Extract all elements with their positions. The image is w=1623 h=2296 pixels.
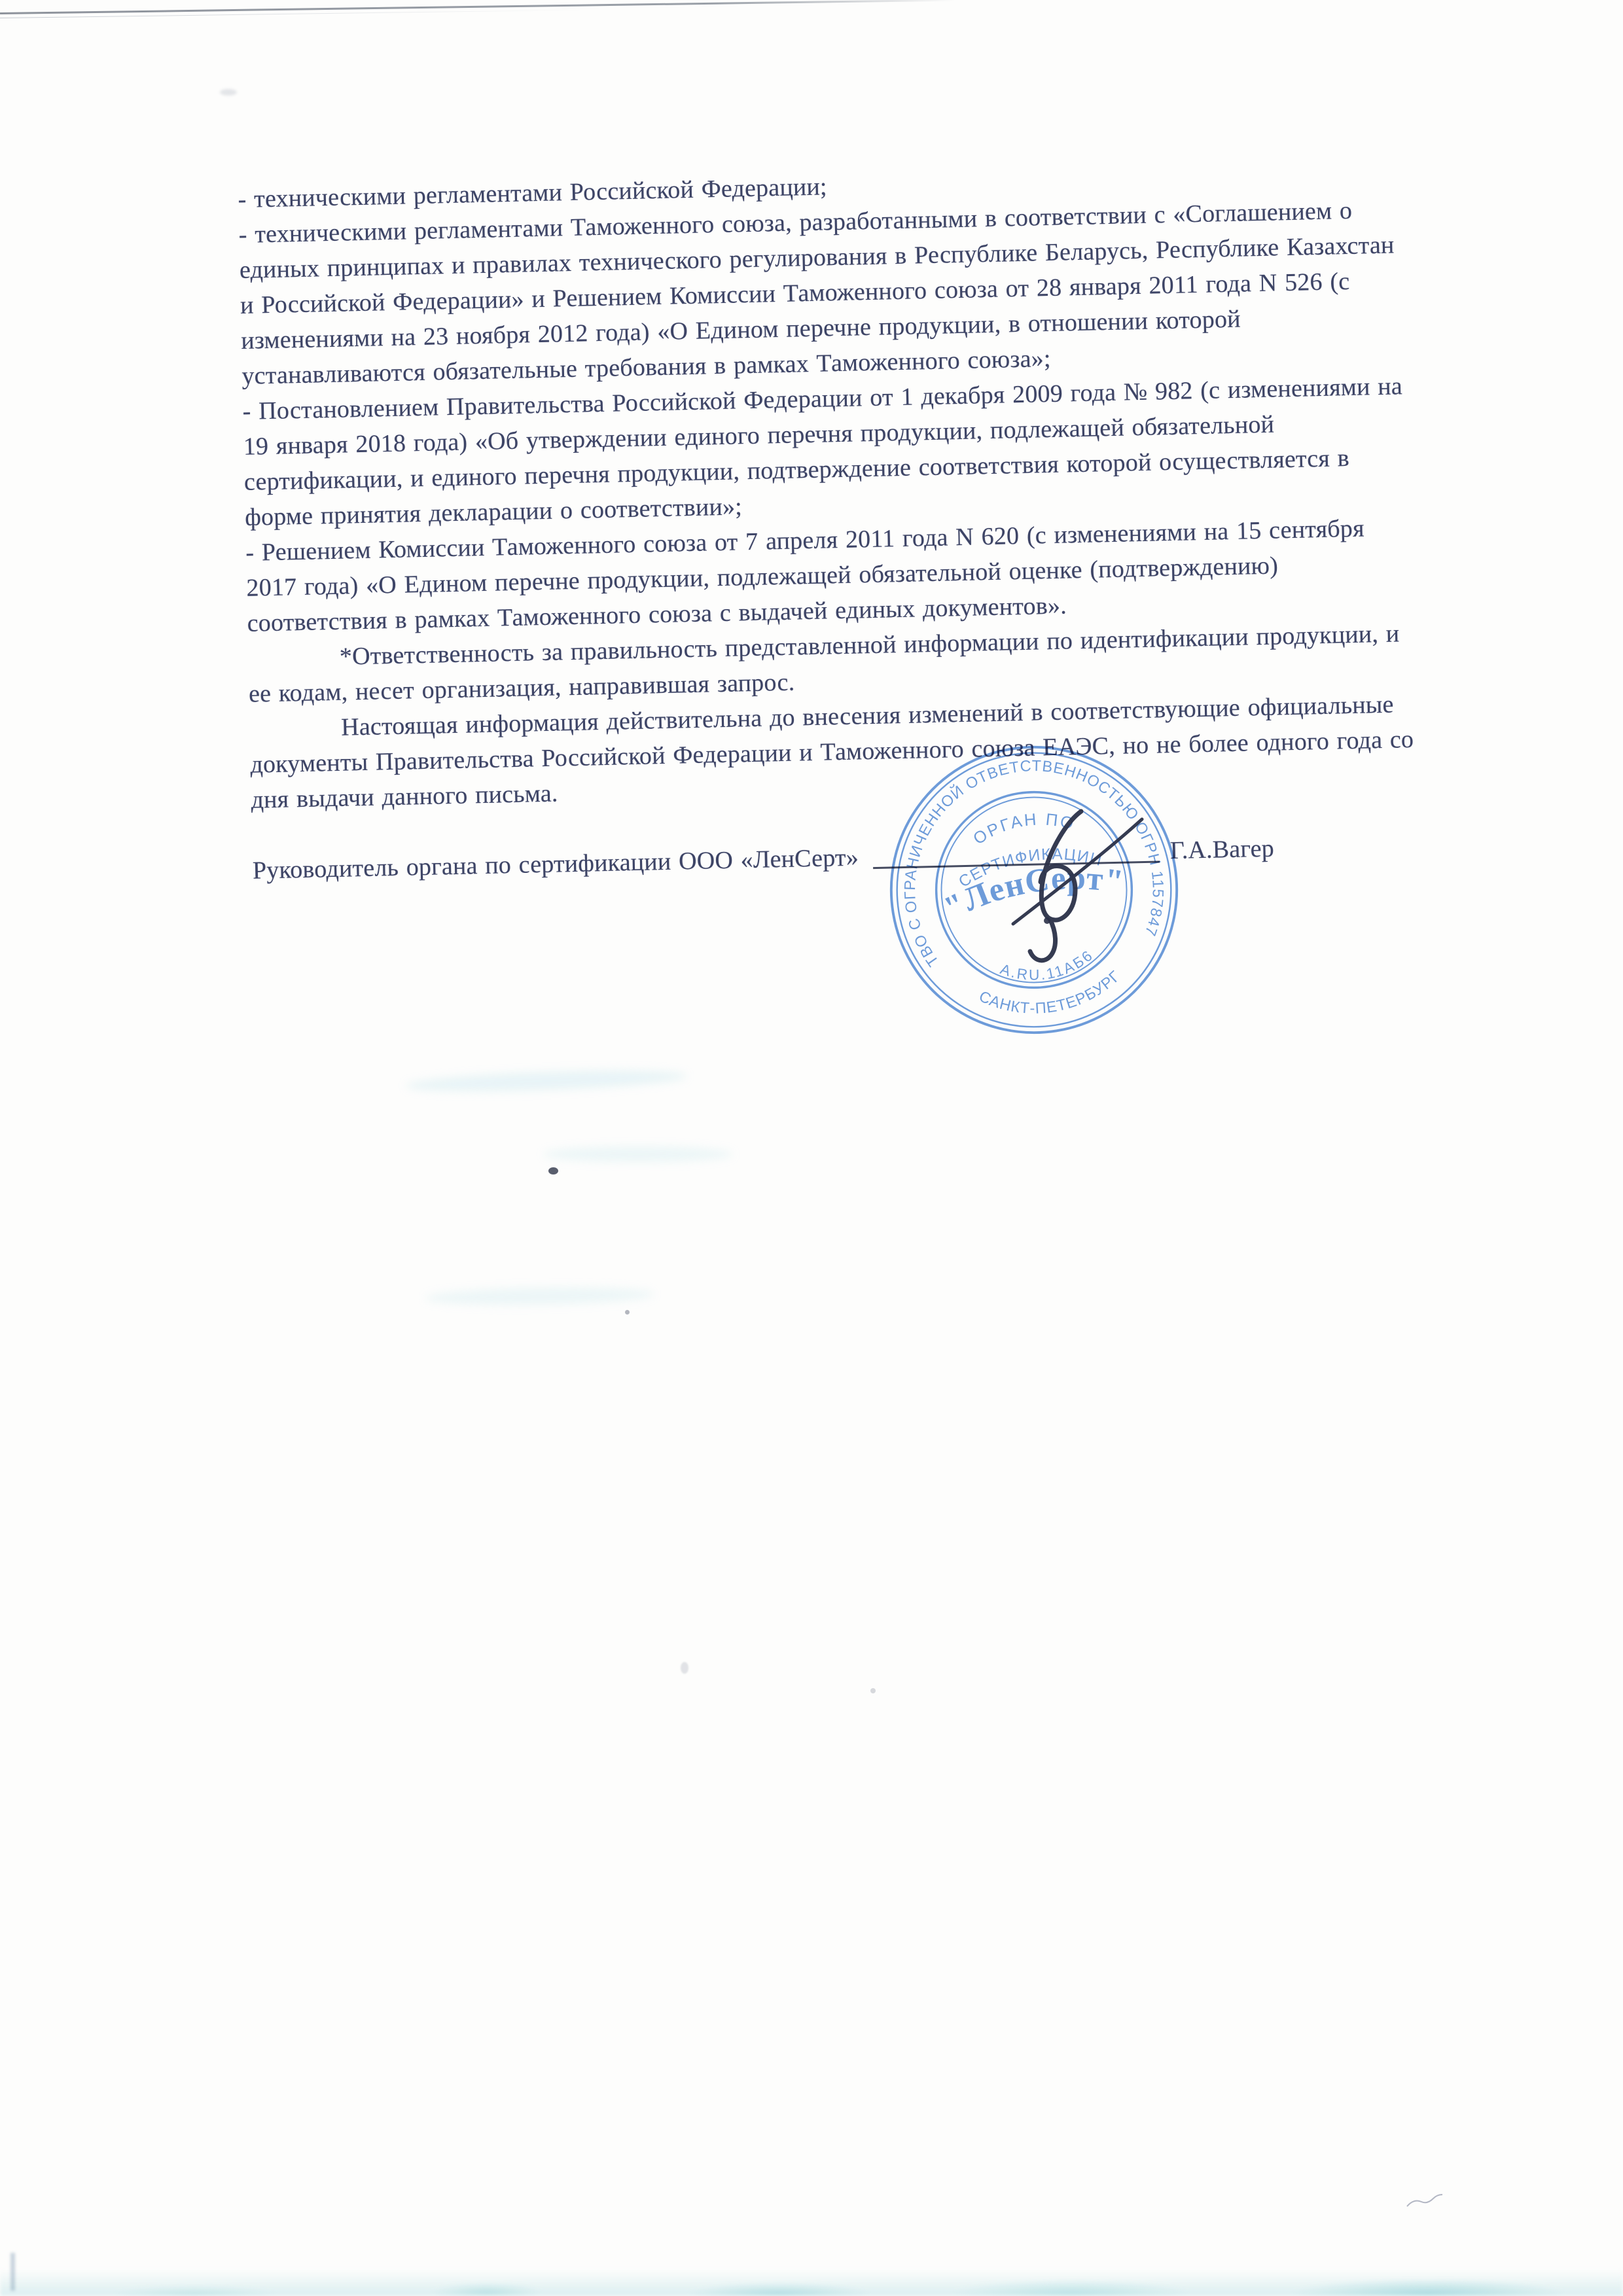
scan-artifact-bottom-edge	[0, 2262, 1623, 2296]
scan-artifact-top-edge	[0, 0, 955, 14]
scanned-letter-page: - техническими регламентами Российской Ф…	[0, 0, 1623, 2296]
scan-speck	[681, 1662, 688, 1674]
signature-ink-blob	[1044, 917, 1050, 924]
signature-flourish	[1041, 811, 1081, 920]
signature-cross-stroke	[1013, 819, 1142, 924]
signature-descender	[1030, 919, 1056, 961]
scan-speck	[548, 1167, 558, 1174]
body-lines: - техническими регламентами Российской Ф…	[238, 154, 1534, 818]
signatory-name: Г.А.Вагер	[1169, 831, 1274, 868]
scan-speck	[220, 89, 237, 96]
scan-smudge	[406, 1067, 688, 1095]
scan-smudge	[543, 1146, 733, 1162]
signature-label: Руководитель органа по сертификации ООО …	[252, 840, 859, 889]
scan-smudge	[425, 1286, 654, 1307]
scan-speck	[870, 1688, 876, 1693]
scan-artifact-left-tick	[10, 2253, 15, 2291]
scan-speck	[625, 1310, 630, 1315]
pen-squiggle-mark	[1406, 2192, 1445, 2212]
handwritten-signature	[910, 766, 1185, 981]
